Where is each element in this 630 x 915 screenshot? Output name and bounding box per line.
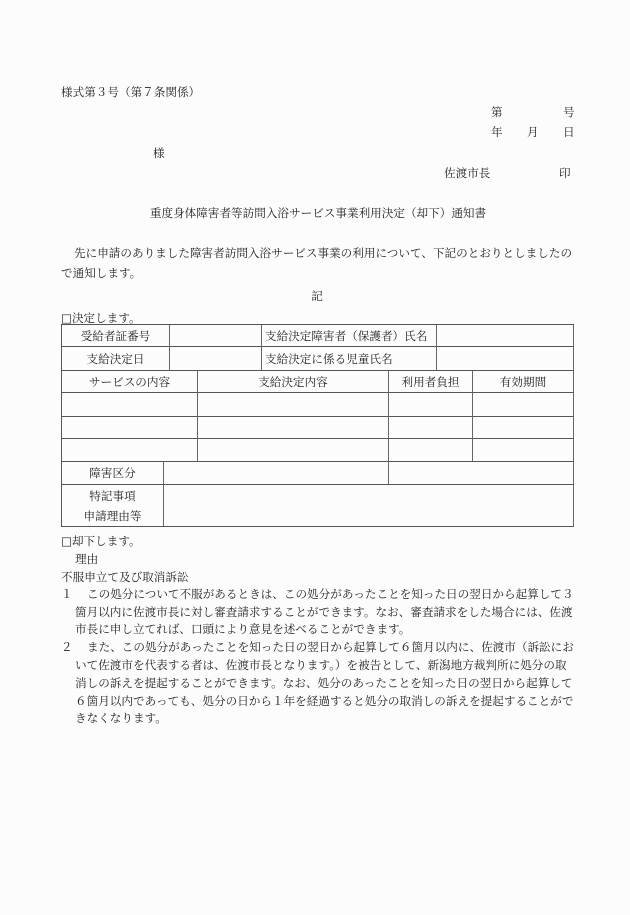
recipient-number-value xyxy=(170,325,262,347)
form-number: 様式第３号（第７条関係） xyxy=(61,84,200,100)
ki-heading: 記 xyxy=(311,288,323,304)
remarks-value xyxy=(164,485,574,527)
appeal-item-line: きなくなります。 xyxy=(75,710,167,726)
remarks-label-line: 特記事項 xyxy=(89,486,135,506)
date-year: 年 xyxy=(491,124,503,140)
service-cell xyxy=(198,439,389,462)
issuer-name: 佐渡市長 xyxy=(444,165,490,181)
appeal-heading: 不服申立て及び取消訴訟 xyxy=(61,569,189,585)
decision-date-label: 支給決定日 xyxy=(62,347,170,371)
header-service-content: サービスの内容 xyxy=(62,371,198,393)
service-cell xyxy=(198,393,389,417)
service-cell xyxy=(389,439,473,462)
doc-number-prefix: 第 xyxy=(491,104,503,120)
service-cell xyxy=(62,439,198,462)
intro-line: 先に申請のありました障害者訪問入浴サービス事業の利用について、下記のとおりとしま… xyxy=(74,245,572,261)
child-name-value xyxy=(437,347,574,371)
doc-number-suffix: 号 xyxy=(563,104,575,120)
decided-person-label: 支給決定障害者（保護者）氏名 xyxy=(262,325,437,347)
seal-icon: 印 xyxy=(559,165,571,181)
appeal-item-number: １ xyxy=(61,586,73,602)
appeal-item-line: いて佐渡市を代表する者は、佐渡市長となります。）を被告として、新潟地方裁判所に処… xyxy=(75,657,567,673)
service-cell xyxy=(62,393,198,417)
recipient-number-label: 受給者証番号 xyxy=(62,325,170,347)
appeal-item-line: ６箇月以内であっても、処分の日から１年を経過すると処分の取消しの訴えを提起するこ… xyxy=(75,693,573,709)
service-cell xyxy=(389,393,473,417)
appeal-item-line: 箇月以内に佐渡市長に対し審査請求することができます。なお、審査請求をした場合には… xyxy=(75,604,573,620)
service-cell xyxy=(473,393,574,417)
appeal-item-line: また、この処分があったことを知った日の翌日から起算して６箇月以内に、佐渡市（訴訟… xyxy=(87,639,574,655)
rejection-option: □却下します。 xyxy=(61,533,141,549)
intro-line: で通知します。 xyxy=(61,265,141,281)
remarks-label: 特記事項 申請理由等 xyxy=(62,485,164,527)
decided-person-value xyxy=(437,325,574,347)
service-cell xyxy=(198,417,389,439)
decision-table: 受給者証番号 支給決定障害者（保護者）氏名 支給決定日 支給決定に係る児童氏名 … xyxy=(61,324,574,527)
date-month: 月 xyxy=(527,124,539,140)
service-cell xyxy=(473,417,574,439)
addressee-suffix: 様 xyxy=(153,145,165,161)
header-user-charge: 利用者負担 xyxy=(389,371,473,393)
document-title: 重度身体障害者等訪問入浴サービス事業利用決定（却下）通知書 xyxy=(150,205,486,221)
service-cell xyxy=(62,417,198,439)
header-decision-content: 支給決定内容 xyxy=(198,371,389,393)
decision-date-value xyxy=(170,347,262,371)
disability-category-label: 障害区分 xyxy=(62,462,164,485)
remarks-label-line: 申請理由等 xyxy=(84,506,142,526)
disability-category-value xyxy=(164,462,389,485)
header-valid-period: 有効期間 xyxy=(473,371,574,393)
date-day: 日 xyxy=(563,124,575,140)
appeal-item-line: 市長に申し立てれば、口頭により意見を述べることができます。 xyxy=(75,621,410,637)
service-cell xyxy=(389,417,473,439)
reason-label: 理由 xyxy=(75,551,98,567)
service-cell xyxy=(473,439,574,462)
disability-category-extra xyxy=(389,462,574,485)
child-name-label: 支給決定に係る児童氏名 xyxy=(262,347,437,371)
appeal-item-number: ２ xyxy=(61,639,73,655)
appeal-item-line: 消しの訴えを提起することができます。なお、処分のあったことを知った日の翌日から起… xyxy=(75,675,573,691)
appeal-item-line: この処分について不服があるときは、この処分があったことを知った日の翌日から起算し… xyxy=(87,586,574,602)
